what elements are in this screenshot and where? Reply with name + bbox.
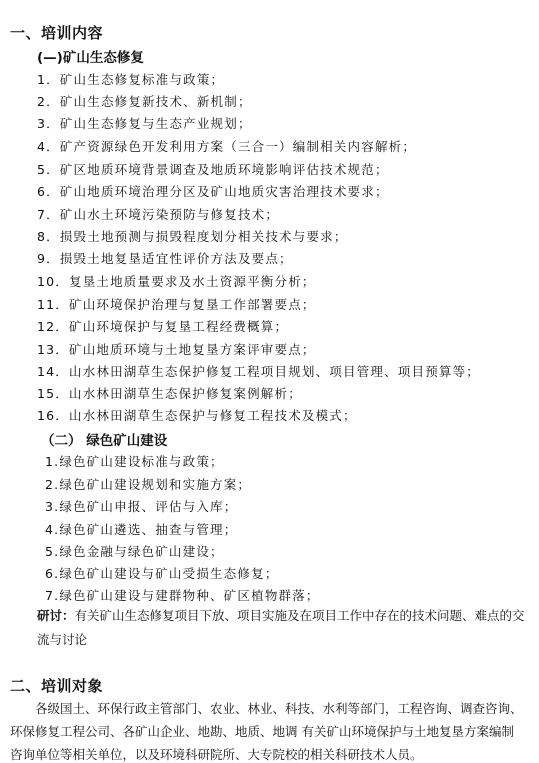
list-item: 13．矿山地质环境与土地复垦方案评审要点；: [37, 340, 316, 358]
list-item: 3.绿色矿山申报、评估与入库；: [45, 497, 237, 515]
list-item: 2．矿山生态修复新技术、新机制；: [37, 92, 252, 110]
list-item: 14．山水林田湖草生态保护修复工程项目规划、项目管理、项目预算等；: [37, 362, 480, 380]
list-item: 4．矿产资源绿色开发利用方案（三合一）编制相关内容解析；: [37, 137, 416, 155]
list-item: 5.绿色金融与绿色矿山建设；: [45, 542, 224, 560]
list-item: 6．矿山地质环境治理分区及矿山地质灾害治理技术要求；: [37, 182, 389, 200]
list-item: 8．损毁土地预测与损毁程度划分相关技术与要求；: [37, 227, 348, 245]
list-item: 15．山水林田湖草生态保护修复案例解析；: [37, 384, 302, 402]
audience-line: 咨询单位等相关单位，以及环境科研院所、大专院校的相关科研技术人员。: [10, 743, 537, 763]
list-item: 6.绿色矿山建设与矿山受损生态修复；: [45, 564, 279, 582]
list-item: 1．矿山生态修复标准与政策；: [37, 70, 224, 88]
discussion-paragraph: 研讨：有关矿山生态修复项目下放、项目实施及在项目工作中存在的技术问题、难点的交 …: [37, 604, 537, 652]
document-page: 一、培训内容 (—)矿山生态修复 1．矿山生态修复标准与政策； 2．矿山生态修复…: [0, 0, 539, 763]
list-item: 11．矿山环境保护治理与复垦工作部署要点；: [37, 295, 316, 313]
list-item: 3．矿山生态修复与生态产业规划；: [37, 114, 252, 132]
section-heading-training-content: 一、培训内容: [10, 22, 103, 43]
list-item: 12．矿山环境保护与复垦工程经费概算；: [37, 317, 288, 335]
list-item: 7．矿山水土环境污染预防与修复技术；: [37, 205, 279, 223]
audience-paragraph: 各级国土、环保行政主管部门、农业、林业、科技、水利等部门，工程咨询、调查咨询、 …: [10, 697, 537, 763]
audience-line: 各级国土、环保行政主管部门、农业、林业、科技、水利等部门，工程咨询、调查咨询、: [10, 697, 537, 720]
list-item: 16．山水林田湖草生态保护与修复工程技术及模式；: [37, 406, 357, 424]
discussion-label: 研讨：: [37, 608, 75, 623]
list-item: 2.绿色矿山建设规划和实施方案；: [45, 475, 251, 493]
discussion-text-line2: 流与讨论: [37, 628, 537, 652]
subsection-heading-mine-ecological-restoration: (—)矿山生态修复: [37, 46, 144, 66]
list-item: 7.绿色矿山建设与建群物种、矿区植物群落；: [45, 586, 320, 604]
list-item: 5．矿区地质环境背景调查及地质环境影响评估技术规范；: [37, 160, 389, 178]
audience-line: 环保修复工程公司、各矿山企业、地勘、地质、地调 有关矿山环境保护与土地复垦方案编…: [10, 720, 537, 743]
list-item: 1.绿色矿山建设标准与政策；: [45, 452, 224, 470]
discussion-text-line1: 有关矿山生态修复项目下放、项目实施及在项目工作中存在的技术问题、难点的交: [75, 608, 525, 623]
section-heading-training-audience: 二、培训对象: [10, 675, 103, 696]
list-item: 4.绿色矿山遴选、抽查与管理；: [45, 520, 237, 538]
list-item: 10．复垦土地质量要求及水土资源平衡分析；: [37, 272, 316, 290]
subsection-heading-green-mine-construction: （二） 绿色矿山建设: [41, 429, 167, 449]
list-item: 9．损毁土地复垦适宜性评价方法及要点；: [37, 249, 293, 267]
